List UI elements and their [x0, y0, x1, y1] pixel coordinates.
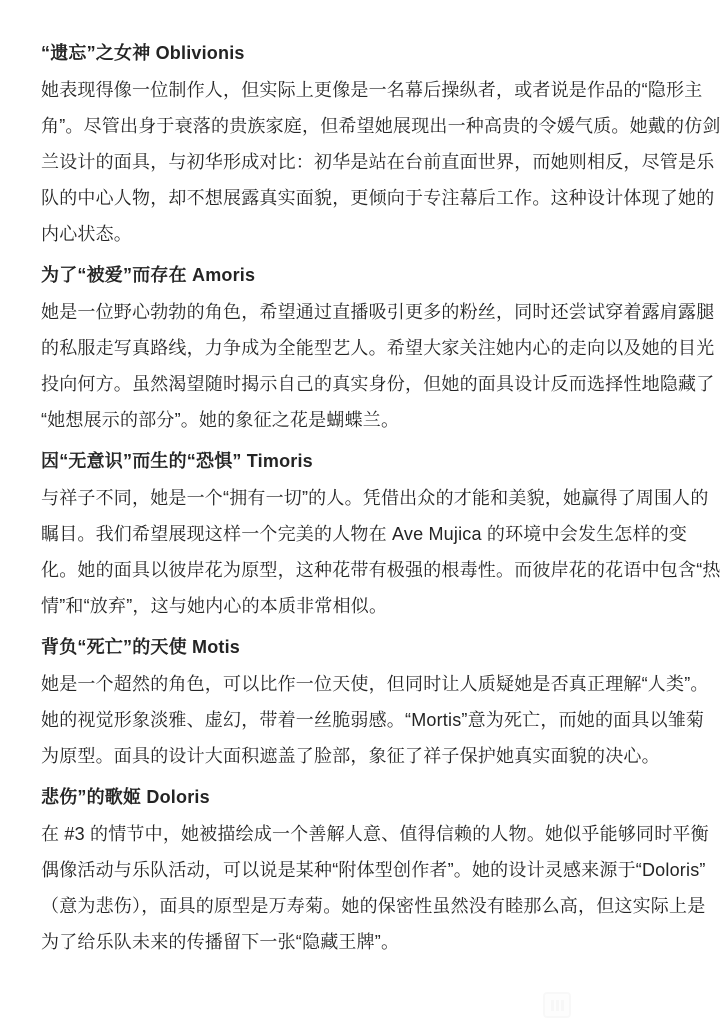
logo-bar [551, 1000, 554, 1011]
paragraph-line: 情”和“放弃”，这与她内心的本质非常相似。 [41, 588, 690, 624]
paragraph-line: （意为悲伤），面具的原型是万寿菊。她的保密性虽然没有睦那么高，但这实际上是 [41, 888, 690, 924]
paragraph-line: 她表现得像一位制作人，但实际上更像是一名幕后操纵者，或者说是作品的“隐形主 [41, 72, 690, 108]
paragraph-line: 她是一位野心勃勃的角色，希望通过直播吸引更多的粉丝，同时还尝试穿着露肩露腿 [41, 294, 690, 330]
logo-bar [561, 1000, 564, 1011]
document-page: “遗忘”之女神 Oblivionis 她表现得像一位制作人，但实际上更像是一名幕… [0, 0, 724, 1024]
paragraph-line: 为了给乐队未来的传播留下一张“隐藏王牌”。 [41, 924, 690, 960]
character-section: 背负“死亡”的天使 Motis 她是一个超然的角色，可以比作一位天使，但同时让人… [41, 629, 690, 774]
logo-bar [556, 1000, 559, 1011]
paragraph-line: 的私服走写真路线，力争成为全能型艺人。希望大家关注她内心的走向以及她的目光 [41, 330, 690, 366]
paragraph-line: 化。她的面具以彼岸花为原型，这种花带有极强的根毒性。而彼岸花的花语中包含“热 [41, 552, 690, 588]
paragraph-line: 瞩目。我们希望展现这样一个完美的人物在 Ave Mujica 的环境中会发生怎样… [41, 516, 690, 552]
section-heading: 因“无意识”而生的“恐惧” Timoris [41, 443, 690, 479]
section-paragraph: 她是一个超然的角色，可以比作一位天使，但同时让人质疑她是否真正理解“人类”。她的… [41, 666, 690, 774]
section-heading: 背负“死亡”的天使 Motis [41, 629, 690, 665]
section-paragraph: 与祥子不同，她是一个“拥有一切”的人。凭借出众的才能和美貌，她赢得了周围人的瞩目… [41, 480, 690, 624]
character-section: “遗忘”之女神 Oblivionis 她表现得像一位制作人，但实际上更像是一名幕… [41, 35, 690, 252]
paragraph-line: 兰设计的面具，与初华形成对比：初华是站在台前直面世界，而她则相反，尽管是乐 [41, 144, 690, 180]
character-section: 因“无意识”而生的“恐惧” Timoris 与祥子不同，她是一个“拥有一切”的人… [41, 443, 690, 624]
character-section: 悲伤”的歌姬 Doloris 在 #3 的情节中，她被描绘成一个善解人意、值得信… [41, 779, 690, 960]
section-paragraph: 她表现得像一位制作人，但实际上更像是一名幕后操纵者，或者说是作品的“隐形主角”。… [41, 72, 690, 252]
document-body: “遗忘”之女神 Oblivionis 她表现得像一位制作人，但实际上更像是一名幕… [0, 0, 724, 960]
paragraph-line: 与祥子不同，她是一个“拥有一切”的人。凭借出众的才能和美貌，她赢得了周围人的 [41, 480, 690, 516]
paragraph-line: 她是一个超然的角色，可以比作一位天使，但同时让人质疑她是否真正理解“人类”。 [41, 666, 690, 702]
paragraph-line: 她的视觉形象淡雅、虚幻，带着一丝脆弱感。“Mortis”意为死亡，而她的面具以雏… [41, 702, 690, 738]
paragraph-line: 角”。尽管出身于衰落的贵族家庭，但希望她展现出一种高贵的令媛气质。她戴的仿剑 [41, 108, 690, 144]
section-heading: 为了“被爱”而存在 Amoris [41, 257, 690, 293]
character-section: 为了“被爱”而存在 Amoris 她是一位野心勃勃的角色，希望通过直播吸引更多的… [41, 257, 690, 438]
section-heading: 悲伤”的歌姬 Doloris [41, 779, 690, 815]
paragraph-line: 队的中心人物，却不想展露真实面貌，更倾向于专注幕后工作。这种设计体现了她的 [41, 180, 690, 216]
faint-grid-logo-icon [543, 992, 571, 1018]
paragraph-line: “她想展示的部分”。她的象征之花是蝴蝶兰。 [41, 402, 690, 438]
section-paragraph: 她是一位野心勃勃的角色，希望通过直播吸引更多的粉丝，同时还尝试穿着露肩露腿的私服… [41, 294, 690, 438]
paragraph-line: 内心状态。 [41, 216, 690, 252]
paragraph-line: 在 #3 的情节中，她被描绘成一个善解人意、值得信赖的人物。她似乎能够同时平衡 [41, 816, 690, 852]
paragraph-line: 为原型。面具的设计大面积遮盖了脸部，象征了祥子保护她真实面貌的决心。 [41, 738, 690, 774]
section-paragraph: 在 #3 的情节中，她被描绘成一个善解人意、值得信赖的人物。她似乎能够同时平衡偶… [41, 816, 690, 960]
paragraph-line: 投向何方。虽然渴望随时揭示自己的真实身份，但她的面具设计反而选择性地隐藏了 [41, 366, 690, 402]
paragraph-line: 偶像活动与乐队活动，可以说是某种“附体型创作者”。她的设计灵感来源于“Dolor… [41, 852, 690, 888]
section-heading: “遗忘”之女神 Oblivionis [41, 35, 690, 71]
